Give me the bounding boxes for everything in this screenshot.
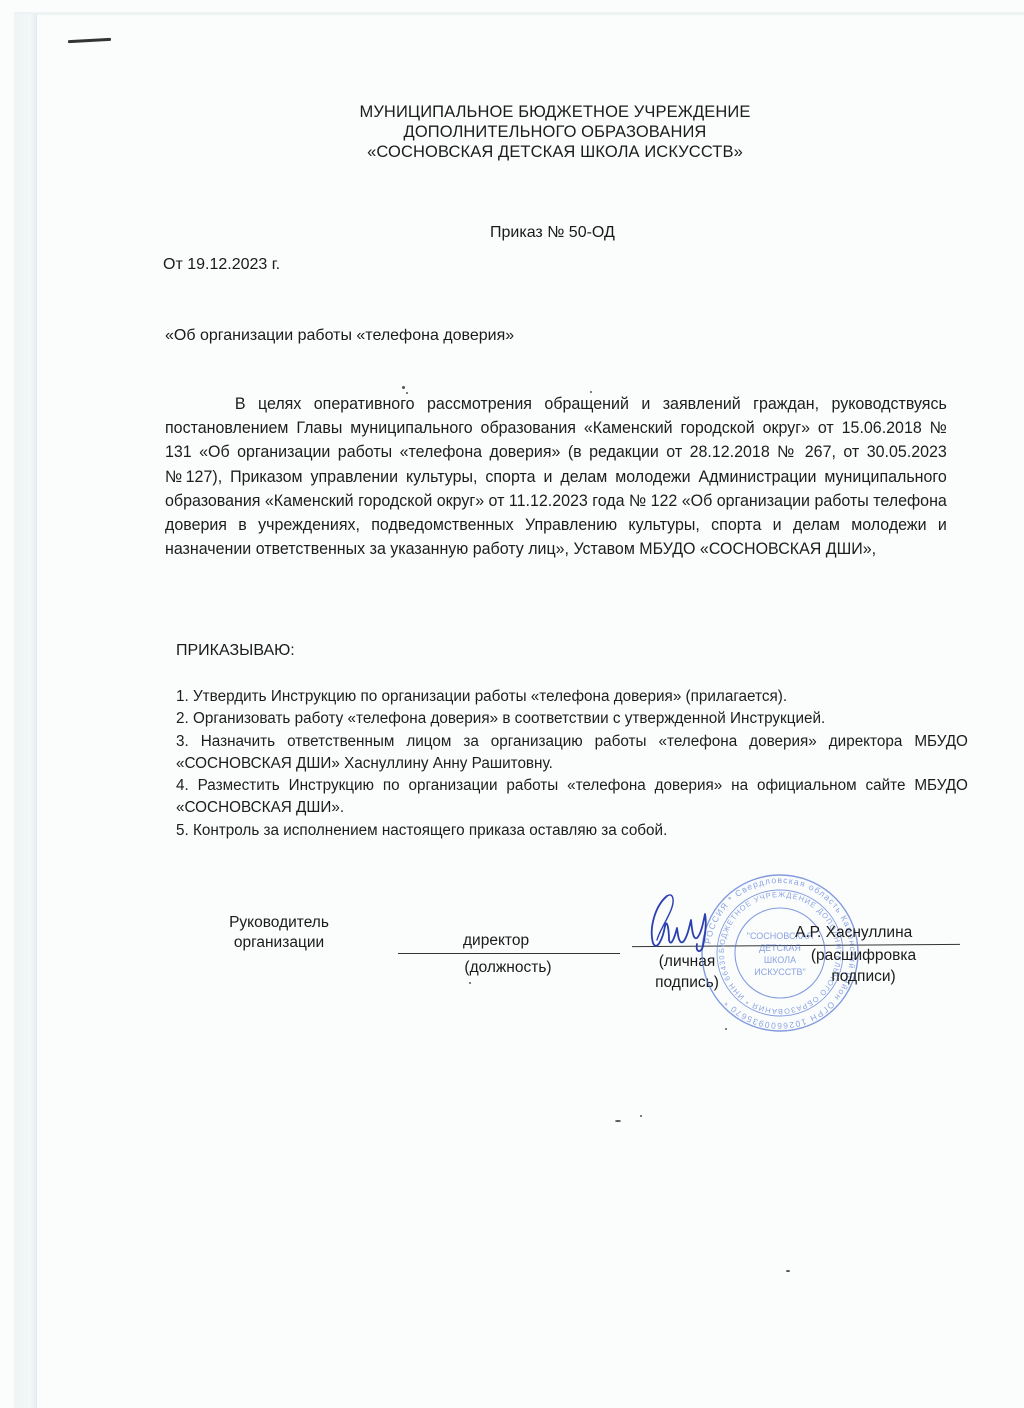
scan-top-edge bbox=[14, 12, 1024, 15]
orders-list: 1. Утвердить Инструкцию по организации р… bbox=[176, 686, 968, 842]
name-caption-line-2: подписи) bbox=[796, 966, 931, 987]
signatory-role-line-2: организации bbox=[214, 933, 344, 953]
scan-speck bbox=[406, 392, 408, 394]
order-subject: «Об организации работы «телефона доверия… bbox=[165, 327, 514, 345]
name-caption: (расшифровка подписи) bbox=[796, 945, 931, 987]
order-item: 5. Контроль за исполнением настоящего пр… bbox=[176, 820, 968, 842]
order-number: Приказ № 50-ОД bbox=[490, 224, 615, 242]
signatory-role-line-1: Руководитель bbox=[214, 913, 344, 933]
scan-speck bbox=[786, 1270, 790, 1272]
order-item: 1. Утвердить Инструкцию по организации р… bbox=[176, 686, 968, 708]
stamp-center-line-3: ШКОЛА bbox=[764, 955, 796, 965]
position-value: директор bbox=[463, 932, 529, 950]
stamp-center-line-2: ДЕТСКАЯ bbox=[759, 943, 801, 953]
name-caption-line-1: (расшифровка bbox=[796, 945, 931, 966]
order-item: 3. Назначить ответственным лицом за орга… bbox=[176, 731, 968, 776]
order-item: 2. Организовать работу «телефона доверия… bbox=[176, 708, 968, 730]
order-item: 4. Разместить Инструкцию по организации … bbox=[176, 775, 968, 820]
preamble-paragraph: В целях оперативного рассмотрения обраще… bbox=[165, 392, 947, 561]
scan-speck bbox=[640, 1115, 642, 1117]
scan-left-edge bbox=[14, 14, 37, 1408]
header-line-2: ДОПОЛНИТЕЛЬНОГО ОБРАЗОВАНИЯ bbox=[290, 122, 820, 142]
scan-dash-mark bbox=[68, 38, 111, 43]
order-date: От 19.12.2023 г. bbox=[163, 256, 280, 274]
orders-title: ПРИКАЗЫВАЮ: bbox=[176, 642, 295, 660]
organization-header: МУНИЦИПАЛЬНОЕ БЮДЖЕТНОЕ УЧРЕЖДЕНИЕ ДОПОЛ… bbox=[290, 102, 820, 162]
header-line-1: МУНИЦИПАЛЬНОЕ БЮДЖЕТНОЕ УЧРЕЖДЕНИЕ bbox=[290, 102, 820, 122]
name-value: А.Р. Хаснуллина bbox=[795, 922, 945, 943]
position-caption: (должность) bbox=[448, 957, 568, 978]
signatory-role: Руководитель организации bbox=[214, 913, 344, 953]
header-line-3: «СОСНОВСКАЯ ДЕТСКАЯ ШКОЛА ИСКУССТВ» bbox=[290, 142, 820, 162]
scan-speck bbox=[590, 391, 592, 393]
handwritten-signature bbox=[645, 888, 725, 958]
scan-speck bbox=[402, 386, 405, 389]
position-line bbox=[398, 953, 620, 954]
scan-speck bbox=[725, 1028, 727, 1030]
scan-speck bbox=[615, 1120, 621, 1122]
scan-speck bbox=[469, 982, 471, 984]
